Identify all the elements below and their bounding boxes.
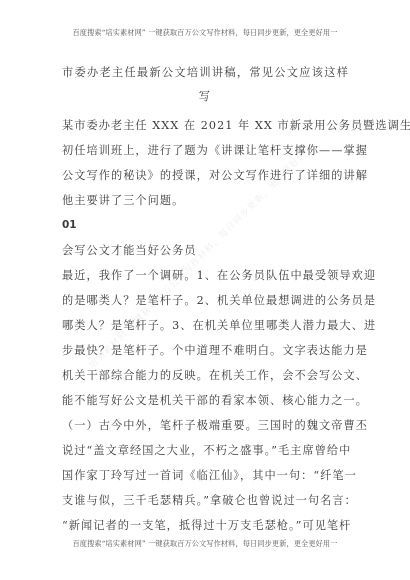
section-number: 01 xyxy=(62,213,352,238)
paragraph-line: 机关干部综合能力的反映。在机关工作，会不会写公文、 xyxy=(62,363,352,388)
paragraph-line: 国作家丁玲写过一首词《临江仙》，其中一句：“纤笔一 xyxy=(62,463,352,488)
document-body: 某市委办老主任 XXX 在 2021 年 XX 市新录用公务员暨选调生 初任培训… xyxy=(62,113,352,538)
document-title-line-1: 市委办老主任最新公文培训讲稿，常见公文应该这样 xyxy=(62,64,348,80)
header-banner: 百度搜索“培实素材网” 一键获取百万公文写作材料，每日同步更新，更全更好用一 xyxy=(0,28,410,38)
intro-line: 公文写作的秘诀》的授课，对公文写作进行了详细的讲解 xyxy=(62,163,352,188)
document-page: 百度搜索“培实素材网” 一键获取百万公文写作材料，每日同步更新，更全更好用一 培… xyxy=(0,0,410,580)
paragraph-line: 最近，我作了一个调研。1、在公务员队伍中最受领导欢迎 xyxy=(62,263,352,288)
intro-line: 某市委办老主任 XXX 在 2021 年 XX 市新录用公务员暨选调生 xyxy=(62,113,352,138)
paragraph-line: 能不能写好公文是机关干部的看家本领、核心能力之一。 xyxy=(62,388,352,413)
paragraph-line: “新闻记者的一支笔，抵得过十万支毛瑟枪。”可见笔杆 xyxy=(62,513,352,538)
paragraph-line: 的是哪类人？是笔杆子。2、机关单位最想调进的公务员是 xyxy=(62,288,352,313)
footer-banner: 百度搜索“培实素材网” 一键获取百万公文写作材料，每日同步更新，更全更好用一 xyxy=(0,539,410,549)
paragraph-line: 步最快？是笔杆子。个中道理不难明白。文字表达能力是 xyxy=(62,338,352,363)
intro-line: 他主要讲了三个问题。 xyxy=(62,188,352,213)
section-title: 会写公文才能当好公务员 xyxy=(62,238,352,263)
intro-line: 初任培训班上，进行了题为《讲课让笔杆支撑你——掌握 xyxy=(62,138,352,163)
paragraph-line: 支谁与似，三千毛瑟精兵。”拿破仑也曾说过一句名言： xyxy=(62,488,352,513)
paragraph-line: 哪类人？是笔杆子。3、在机关单位里哪类人潜力最大、进 xyxy=(62,313,352,338)
document-title-line-2: 写 xyxy=(62,88,348,104)
paragraph-line: 说过“盖文章经国之大业，不朽之盛事。”毛主席曾给中 xyxy=(62,438,352,463)
paragraph-line: （一）古今中外，笔杆子极端重要。三国时的魏文帝曹丕 xyxy=(62,413,352,438)
